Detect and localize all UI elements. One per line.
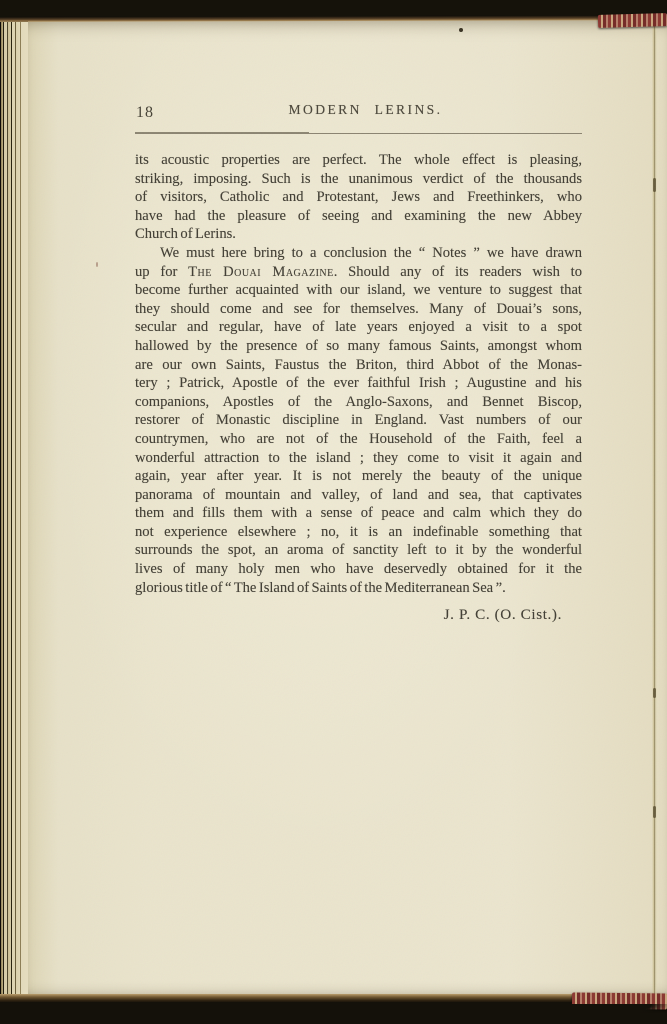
text-line: become further acquainted with our islan… <box>135 281 582 300</box>
text-line: panorama of mountain and valley, of land… <box>135 486 582 505</box>
running-title: MODERN LERINS. <box>135 102 582 118</box>
text-line: companions, Apostles of the Anglo-Saxons… <box>135 393 582 412</box>
text-line: surrounds the spot, an aroma of sanctity… <box>135 541 582 560</box>
text-line: its acoustic properties are perfect. The… <box>135 151 582 170</box>
text-line: secular and regular, have of late years … <box>135 318 582 337</box>
scanned-book-photo: { "page": { "number": "18", "header_titl… <box>0 0 667 1024</box>
text-segment: . Should any of its readers wish to <box>334 264 582 280</box>
headband-top <box>598 13 667 28</box>
text-line: again, year after year. It is not merely… <box>135 467 582 486</box>
text-line: wonderful attraction to the island ; the… <box>135 449 582 468</box>
paragraph: its acoustic properties are perfect. The… <box>135 151 582 244</box>
text-line: hallowed by the presence of so many famo… <box>135 337 582 356</box>
text-line: We must here bring to a conclusion the “… <box>135 244 582 263</box>
text-line: tery ; Patrick, Apostle of the ever fait… <box>135 374 582 393</box>
text-line: are our own Saints, Faustus the Briton, … <box>135 356 582 375</box>
paragraph: We must here bring to a conclusion the “… <box>135 244 582 597</box>
text-line: them and fills them with a sense of peac… <box>135 504 582 523</box>
crease-blemish <box>653 688 656 698</box>
book-scan: 18 MODERN LERINS. its acoustic propertie… <box>0 0 667 1024</box>
crease-blemish <box>653 806 656 818</box>
author-signature: J. P. C. (O. Cist.). <box>135 606 582 624</box>
headband-shadow <box>560 1004 667 1018</box>
crease-blemish <box>653 178 656 192</box>
journal-title-smallcaps: The Douai Magazine <box>188 264 334 280</box>
page-body: its acoustic properties are perfect. The… <box>135 151 582 597</box>
book-page: 18 MODERN LERINS. its acoustic propertie… <box>28 20 667 997</box>
text-line: of visitors, Catholic and Protestant, Je… <box>135 188 582 207</box>
book-page-edges <box>0 22 30 1004</box>
text-line: Church of Lerins. <box>135 225 582 244</box>
page-content: 18 MODERN LERINS. its acoustic propertie… <box>135 102 582 624</box>
text-line: lives of many holy men who have deserved… <box>135 560 582 579</box>
text-line: countrymen, who are not of the Household… <box>135 430 582 449</box>
paper-speck <box>96 262 98 267</box>
text-line: they should come and see for themselves.… <box>135 300 582 319</box>
page-header: 18 MODERN LERINS. <box>135 102 582 124</box>
header-rule <box>135 132 582 134</box>
text-segment: up for <box>135 264 188 280</box>
text-line: not experience elsewhere ; no, it is an … <box>135 523 582 542</box>
paper-speck <box>459 28 463 32</box>
text-line: striking, imposing. Such is the unanimou… <box>135 170 582 189</box>
text-line: restorer of Monastic discipline in Engla… <box>135 411 582 430</box>
text-line: up for The Douai Magazine. Should any of… <box>135 263 582 282</box>
page-number: 18 <box>136 104 154 122</box>
text-line: have had the pleasure of seeing and exam… <box>135 207 582 226</box>
text-line: glorious title of “ The Island of Saints… <box>135 579 582 598</box>
gutter-crease <box>652 20 657 997</box>
